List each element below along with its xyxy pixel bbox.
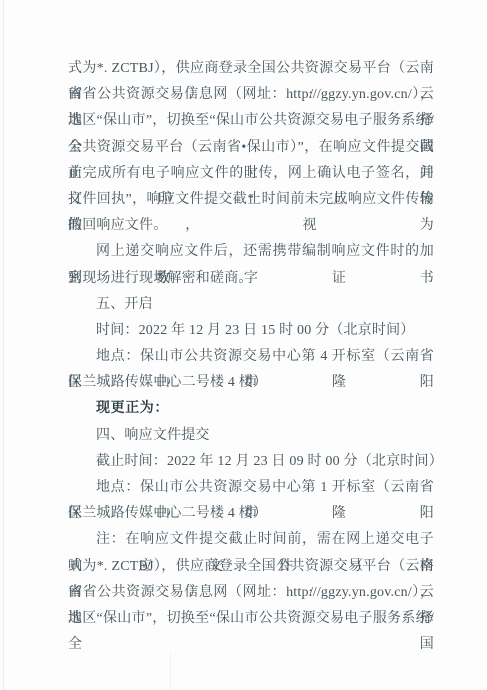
document-page: 式为*. ZCTBJ），供应商登录全国公共资源交易平台（云南省）/云 南省公共资…	[0, 0, 487, 690]
text-line: 式为*. ZCTBJ），供应商登录全国公共资源交易平台（云南省）/云	[68, 56, 434, 82]
document-body: 式为*. ZCTBJ），供应商登录全国公共资源交易平台（云南省）/云 南省公共资…	[68, 56, 434, 632]
text-line: 地区“保山市”，切换至“保山市公共资源交易电子服务系统/全国	[68, 606, 434, 632]
text-line: 地区“保山市”，切换至“保山市公共资源交易电子服务系统/全国	[68, 108, 434, 134]
heading-section-four-submission: 四、响应文件提交	[68, 423, 434, 449]
text-line: 五、开启	[68, 292, 434, 318]
text-line: 南省公共资源交易信息网（网址：http://ggzy.yn.gov.cn/），选…	[68, 580, 434, 606]
text-line: 注：在响应文件提交截止时间前，需在网上递交电子响应文件（格	[68, 527, 434, 553]
text-line: 文件回执”，响应文件提交截止时间前未完成响应文件传输的，视为	[68, 187, 434, 213]
text-line: 式为*. ZCTBJ），供应商登录全国公共资源交易平台（云南省）/云	[68, 554, 434, 580]
paragraph-opening-time: 时间：2022 年 12 月 23 日 15 时 00 分（北京时间）	[68, 318, 434, 344]
heading-corrected-to: 现更正为：	[68, 396, 434, 422]
text-line: 前完成所有电子响应文件的上传，网上确认电子签名，并打印“上传	[68, 161, 434, 187]
text-line: 时间：2022 年 12 月 23 日 15 时 00 分（北京时间）	[68, 318, 434, 344]
text-line: 截止时间：2022 年 12 月 23 日 09 时 00 分（北京时间）	[68, 449, 434, 475]
text-line: 地点：保山市公共资源交易中心第 4 开标室（云南省保山市隆阳	[68, 344, 434, 370]
text-line: 四、响应文件提交	[68, 423, 434, 449]
paragraph-onsite-decryption: 网上递交响应文件后，还需携带编制响应文件时的加密数字证书 到现场进行现场解密和磋…	[68, 239, 434, 291]
paragraph-submission-note: 注：在响应文件提交截止时间前，需在网上递交电子响应文件（格 式为*. ZCTBJ…	[68, 527, 434, 632]
text-line-bold: 现更正为：	[68, 396, 434, 422]
text-line: 南省公共资源交易信息网（网址：http://ggzy.yn.gov.cn/），选…	[68, 82, 434, 108]
text-line: 公共资源交易平台（云南省•保山市）”，在响应文件提交截止时间	[68, 135, 434, 161]
paragraph-opening-location: 地点：保山市公共资源交易中心第 4 开标室（云南省保山市隆阳 区兰城路传媒中心二…	[68, 344, 434, 396]
scan-edge-artifact	[3, 0, 4, 690]
paragraph-upload-instructions-continued: 式为*. ZCTBJ），供应商登录全国公共资源交易平台（云南省）/云 南省公共资…	[68, 56, 434, 239]
paragraph-submission-location: 地点：保山市公共资源交易中心第 1 开标室（云南省保山市隆阳 区兰城路传媒中心二…	[68, 475, 434, 527]
heading-section-five-opening: 五、开启	[68, 292, 434, 318]
text-line: 地点：保山市公共资源交易中心第 1 开标室（云南省保山市隆阳	[68, 475, 434, 501]
text-line: 网上递交响应文件后，还需携带编制响应文件时的加密数字证书	[68, 239, 434, 265]
paragraph-submission-deadline: 截止时间：2022 年 12 月 23 日 09 时 00 分（北京时间）	[68, 449, 434, 475]
